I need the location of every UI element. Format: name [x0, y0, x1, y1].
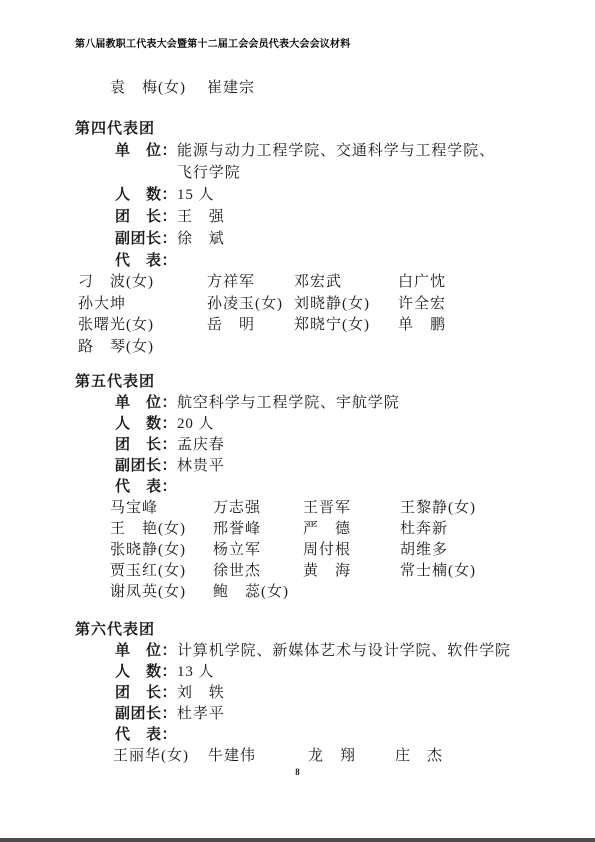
- deputy-field: 副团长： 林贵平: [115, 456, 476, 477]
- leader-value: 孟庆春: [177, 435, 225, 456]
- delegation-section-6: 第六代表团 单 位： 计算机学院、新媒体艺术与设计学院、软件学院 人 数： 13…: [75, 620, 511, 767]
- delegates-field: 代 表：: [115, 477, 476, 498]
- count-label: 人 数：: [115, 662, 177, 683]
- delegate-name: 徐世杰: [213, 561, 303, 582]
- delegate-name: 严 德: [303, 519, 400, 540]
- unit-label: 单 位：: [115, 393, 177, 414]
- delegate-name: 张晓静(女): [110, 540, 213, 561]
- delegate-name: 刘晓静(女): [294, 294, 398, 316]
- delegate-name: 郑晓宁(女): [294, 315, 398, 337]
- deputy-label: 副团长：: [115, 228, 177, 250]
- leader-label: 团 长：: [115, 435, 177, 456]
- count-field: 人 数： 20 人: [115, 414, 476, 435]
- delegate-name: 邢誉峰: [213, 519, 303, 540]
- deputy-label: 副团长：: [115, 704, 177, 725]
- delegate-name: 龙 翔: [308, 746, 395, 767]
- deputy-field: 副团长： 徐 斌: [115, 228, 495, 250]
- delegation-title: 第六代表团: [75, 620, 511, 641]
- delegation-section-4: 第四代表团 单 位： 能源与动力工程学院、交通科学与工程学院、 飞行学院 人 数…: [75, 118, 495, 358]
- deputy-value: 林贵平: [177, 456, 225, 477]
- delegate-name: 牛建伟: [208, 746, 308, 767]
- unit-label: 单 位：: [115, 140, 177, 162]
- unit-value: 航空科学与工程学院、宇航学院: [177, 393, 400, 414]
- page-number: 8: [0, 767, 595, 777]
- deputy-value: 徐 斌: [177, 228, 225, 250]
- unit-field: 单 位： 能源与动力工程学院、交通科学与工程学院、: [115, 140, 495, 162]
- delegates-field: 代 表：: [115, 725, 511, 746]
- count-label: 人 数：: [115, 414, 177, 435]
- delegation-title: 第四代表团: [75, 118, 495, 140]
- delegates-label: 代 表：: [115, 250, 177, 272]
- delegate-name: 白广忱: [398, 272, 495, 294]
- delegate-name: 庄 杰: [395, 746, 511, 767]
- deputy-field: 副团长： 杜孝平: [115, 704, 511, 725]
- unit-value-continued: 飞行学院: [177, 162, 241, 184]
- delegate-name: 王晋军: [303, 498, 400, 519]
- unit-value: 计算机学院、新媒体艺术与设计学院、软件学院: [177, 641, 511, 662]
- delegate-name: 王黎静(女): [400, 498, 476, 519]
- deputy-value: 杜孝平: [177, 704, 225, 725]
- unit-field: 单 位： 计算机学院、新媒体艺术与设计学院、软件学院: [115, 641, 511, 662]
- unit-label: 单 位：: [115, 641, 177, 662]
- delegates-label: 代 表：: [115, 725, 177, 746]
- count-value: 20 人: [177, 414, 214, 435]
- delegate-name: 马宝峰: [110, 498, 213, 519]
- document-header-title: 第八届教职工代表大会暨第十二届工会会员代表大会会议材料: [75, 35, 350, 50]
- leader-value: 刘 轶: [177, 683, 225, 704]
- delegate-name: 张曙光(女): [78, 315, 207, 337]
- delegate-name: 鲍 蕊(女): [213, 582, 303, 603]
- leader-label: 团 长：: [115, 683, 177, 704]
- delegate-name: 胡维多: [400, 540, 476, 561]
- delegate-name: 常士楠(女): [400, 561, 476, 582]
- delegate-name: 路 琴(女): [78, 337, 207, 359]
- count-field: 人 数： 15 人: [115, 184, 495, 206]
- delegate-name: 谢凤英(女): [110, 582, 213, 603]
- leader-field: 团 长： 王 强: [115, 206, 495, 228]
- continued-delegate-row: 袁 梅(女) 崔建宗: [110, 78, 255, 100]
- delegate-name: 万志强: [213, 498, 303, 519]
- delegate-name: 王丽华(女): [113, 746, 208, 767]
- delegate-name: 黄 海: [303, 561, 400, 582]
- delegates-field: 代 表：: [115, 250, 495, 272]
- delegate-name-grid: 王丽华(女) 牛建伟 龙 翔 庄 杰: [113, 746, 511, 767]
- delegate-name: 袁 梅(女): [110, 78, 207, 100]
- delegate-name: 岳 明: [207, 315, 294, 337]
- document-page: 第八届教职工代表大会暨第十二届工会会员代表大会会议材料 袁 梅(女) 崔建宗 第…: [0, 0, 595, 842]
- delegate-name: 孙大坤: [78, 294, 207, 316]
- count-field: 人 数： 13 人: [115, 662, 511, 683]
- delegation-section-5: 第五代表团 单 位： 航空科学与工程学院、宇航学院 人 数： 20 人 团 长：…: [75, 372, 476, 603]
- delegation-title: 第五代表团: [75, 372, 476, 393]
- delegate-name: 杨立军: [213, 540, 303, 561]
- leader-field: 团 长： 孟庆春: [115, 435, 476, 456]
- leader-label: 团 长：: [115, 206, 177, 228]
- unit-value: 能源与动力工程学院、交通科学与工程学院、: [177, 140, 495, 162]
- delegate-name: 贾玉红(女): [110, 561, 213, 582]
- delegate-name: 崔建宗: [207, 78, 255, 100]
- delegate-name: 王 艳(女): [110, 519, 213, 540]
- unit-field: 单 位： 航空科学与工程学院、宇航学院: [115, 393, 476, 414]
- delegate-name: 杜奔新: [400, 519, 476, 540]
- delegate-name-grid: 刁 波(女) 方祥军 邓宏武 白广忱 孙大坤 孙凌玉(女) 刘晓静(女) 许全宏…: [78, 272, 495, 358]
- delegate-name: 单 鹏: [398, 315, 495, 337]
- count-label: 人 数：: [115, 184, 177, 206]
- delegate-name-grid: 马宝峰 万志强 王晋军 王黎静(女) 王 艳(女) 邢誉峰 严 德 杜奔新 张晓…: [110, 498, 476, 603]
- delegate-name: 孙凌玉(女): [207, 294, 294, 316]
- leader-value: 王 强: [177, 206, 225, 228]
- count-value: 15 人: [177, 184, 214, 206]
- unit-label-spacer: [115, 162, 177, 184]
- delegate-name: 许全宏: [398, 294, 495, 316]
- delegate-name: 周付根: [303, 540, 400, 561]
- deputy-label: 副团长：: [115, 456, 177, 477]
- count-value: 13 人: [177, 662, 214, 683]
- delegate-name: 刁 波(女): [78, 272, 207, 294]
- leader-field: 团 长： 刘 轶: [115, 683, 511, 704]
- unit-field-continuation: 飞行学院: [115, 162, 495, 184]
- page-bottom-edge: [0, 838, 595, 842]
- delegate-name: 方祥军: [207, 272, 294, 294]
- delegates-label: 代 表：: [115, 477, 177, 498]
- delegate-name: 邓宏武: [294, 272, 398, 294]
